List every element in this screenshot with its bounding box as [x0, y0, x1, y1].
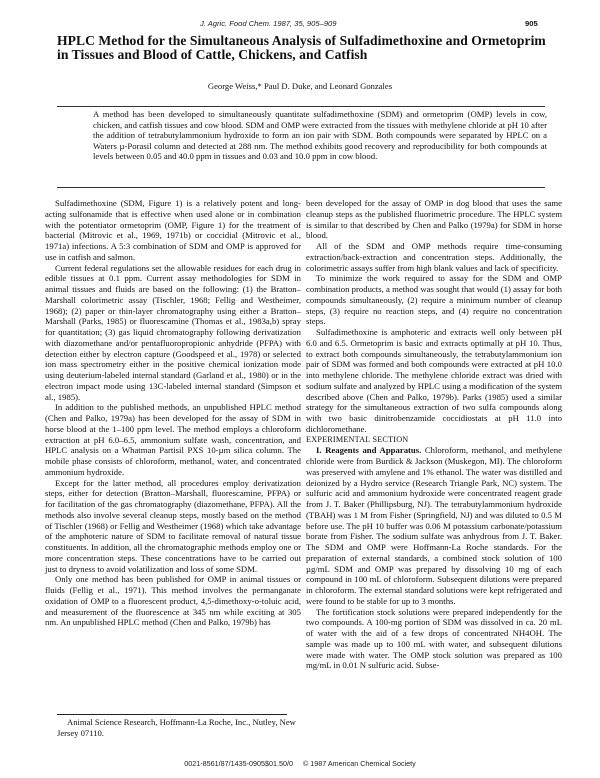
- subsection-paragraph: I. Reagents and Apparatus. Chloroform, m…: [306, 445, 562, 606]
- body-paragraph: Sulfadimethoxine (SDM, Figure 1) is a re…: [45, 198, 301, 263]
- subsection-label: I. Reagents and Apparatus.: [316, 445, 421, 455]
- body-paragraph: Except for the latter method, all proced…: [45, 478, 301, 575]
- copyright-notice: © 1987 American Chemical Society: [303, 759, 416, 768]
- copyright-line: 0021-8561/87/1435-0905$01.50/0 © 1987 Am…: [0, 759, 600, 768]
- body-paragraph: Sulfadimethoxine is amphoteric and extra…: [306, 327, 562, 435]
- affiliation-footnote: Animal Science Research, Hoffmann-La Roc…: [57, 717, 297, 738]
- body-paragraph: All of the SDM and OMP methods require t…: [306, 241, 562, 273]
- body-paragraph: In addition to the published methods, an…: [45, 402, 301, 477]
- journal-citation: J. Agric. Food Chem. 1987, 35, 905–909: [200, 19, 337, 28]
- left-column: Sulfadimethoxine (SDM, Figure 1) is a re…: [45, 198, 301, 628]
- body-paragraph: Only one method has been published for O…: [45, 574, 301, 628]
- abstract-top-rule: [57, 106, 545, 107]
- abstract-bottom-rule: [57, 187, 545, 188]
- body-paragraph: Current federal regulations set the allo…: [45, 263, 301, 403]
- article-code: 0021-8561/87/1435-0905$01.50/0: [184, 759, 293, 768]
- footnote-rule: [57, 714, 287, 715]
- body-paragraph: been developed for the assay of OMP in d…: [306, 198, 562, 241]
- author-list: George Weiss,* Paul D. Duke, and Leonard…: [0, 81, 600, 91]
- abstract: A method has been developed to simultane…: [93, 109, 547, 162]
- article-title: HPLC Method for the Simultaneous Analysi…: [57, 34, 557, 62]
- section-heading: EXPERIMENTAL SECTION: [306, 435, 562, 446]
- body-paragraph: The fortification stock solutions were p…: [306, 607, 562, 672]
- body-paragraph: To minimize the work required to assay f…: [306, 273, 562, 327]
- subsection-text: Chloroform, methanol, and methylene chlo…: [306, 445, 562, 606]
- page-number: 905: [525, 19, 538, 28]
- running-head: J. Agric. Food Chem. 1987, 35, 905–909 9…: [0, 19, 600, 31]
- right-column: been developed for the assay of OMP in d…: [306, 198, 562, 671]
